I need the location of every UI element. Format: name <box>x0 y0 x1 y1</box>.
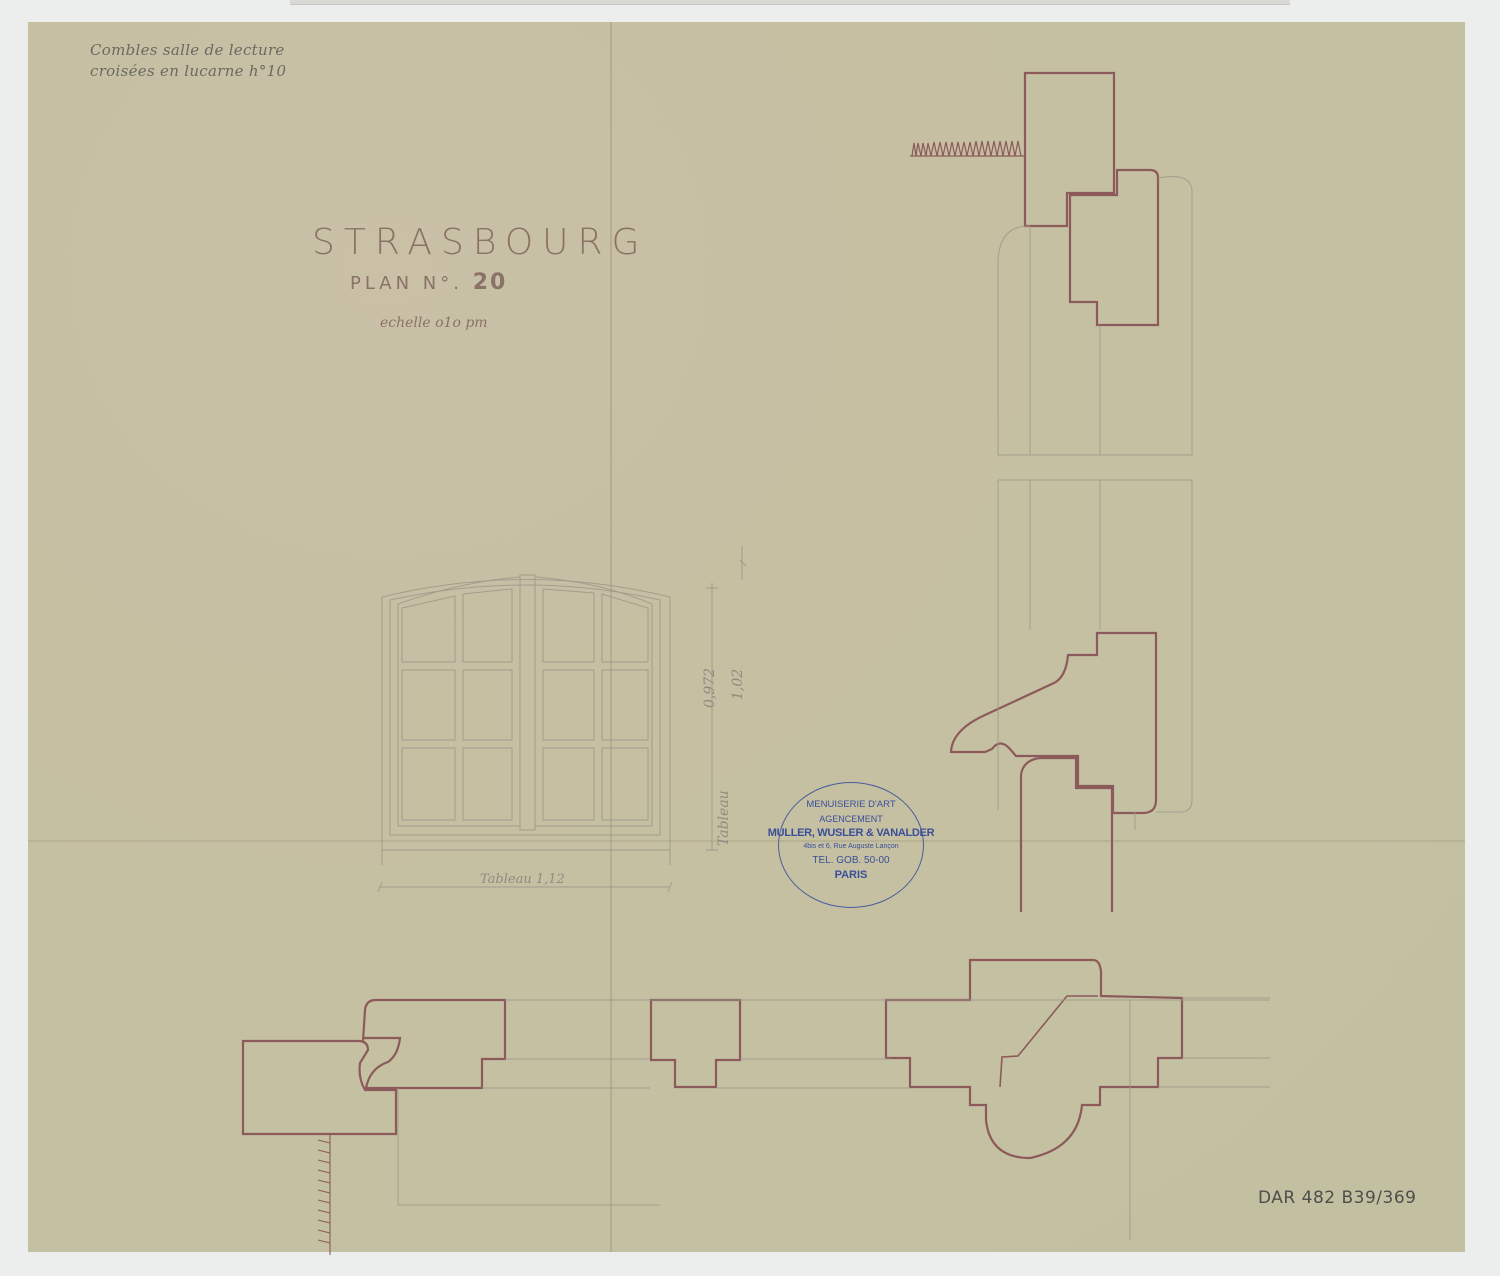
mullion-section <box>651 1000 740 1087</box>
width-dimension-label: Tableau 1,12 <box>480 872 565 887</box>
archive-reference: DAR 482 B39/369 <box>1258 1188 1416 1208</box>
stamp-company-name: MULLER, WUSLER & VANALDER <box>767 826 935 840</box>
top-note-line1: Combles salle de lecture <box>90 40 286 61</box>
meeting-rebate-line <box>1000 996 1098 1087</box>
window-leaf-left <box>398 576 520 826</box>
wall-hatching-lower <box>318 1134 330 1255</box>
plan-number: 20 <box>473 270 508 295</box>
height-dimension-value-1: 0,972 <box>702 668 718 708</box>
meeting-stile-section <box>886 960 1182 1158</box>
company-stamp: MENUISERIE D'ART AGENCEMENT MULLER, WUSL… <box>778 782 924 908</box>
sash-bottom-rail <box>1021 758 1112 912</box>
height-dimension-value-2: 1,02 <box>730 669 746 700</box>
sill-profile <box>951 633 1156 813</box>
stamp-phone: TEL. GOB. 50-00 <box>779 854 923 868</box>
technical-drawing <box>0 0 1500 1276</box>
top-note-line2: croisées en lucarne h°10 <box>90 61 286 82</box>
plan-label: PLAN N°. 20 <box>350 270 507 295</box>
drawing-title: STRASBOURG <box>312 222 648 263</box>
stamp-address: 4bis et 6, Rue Auguste Lançon <box>779 840 923 854</box>
wall-hatching <box>910 141 1025 156</box>
sash-section-left <box>363 1000 505 1088</box>
central-mullion <box>520 575 535 830</box>
stamp-line-2: AGENCEMENT <box>779 812 923 826</box>
window-panes <box>402 589 648 820</box>
scale-note: echelle o1o pm <box>380 315 488 331</box>
top-note: Combles salle de lecture croisées en luc… <box>90 40 286 82</box>
plan-prefix: PLAN N°. <box>350 273 463 294</box>
stamp-city: PARIS <box>779 868 923 882</box>
construction-lines <box>998 177 1192 831</box>
height-dimension-prefix: Tableau <box>716 790 732 846</box>
stamp-line-1: MENUISERIE D'ART <box>779 798 923 812</box>
window-outline <box>382 580 670 866</box>
